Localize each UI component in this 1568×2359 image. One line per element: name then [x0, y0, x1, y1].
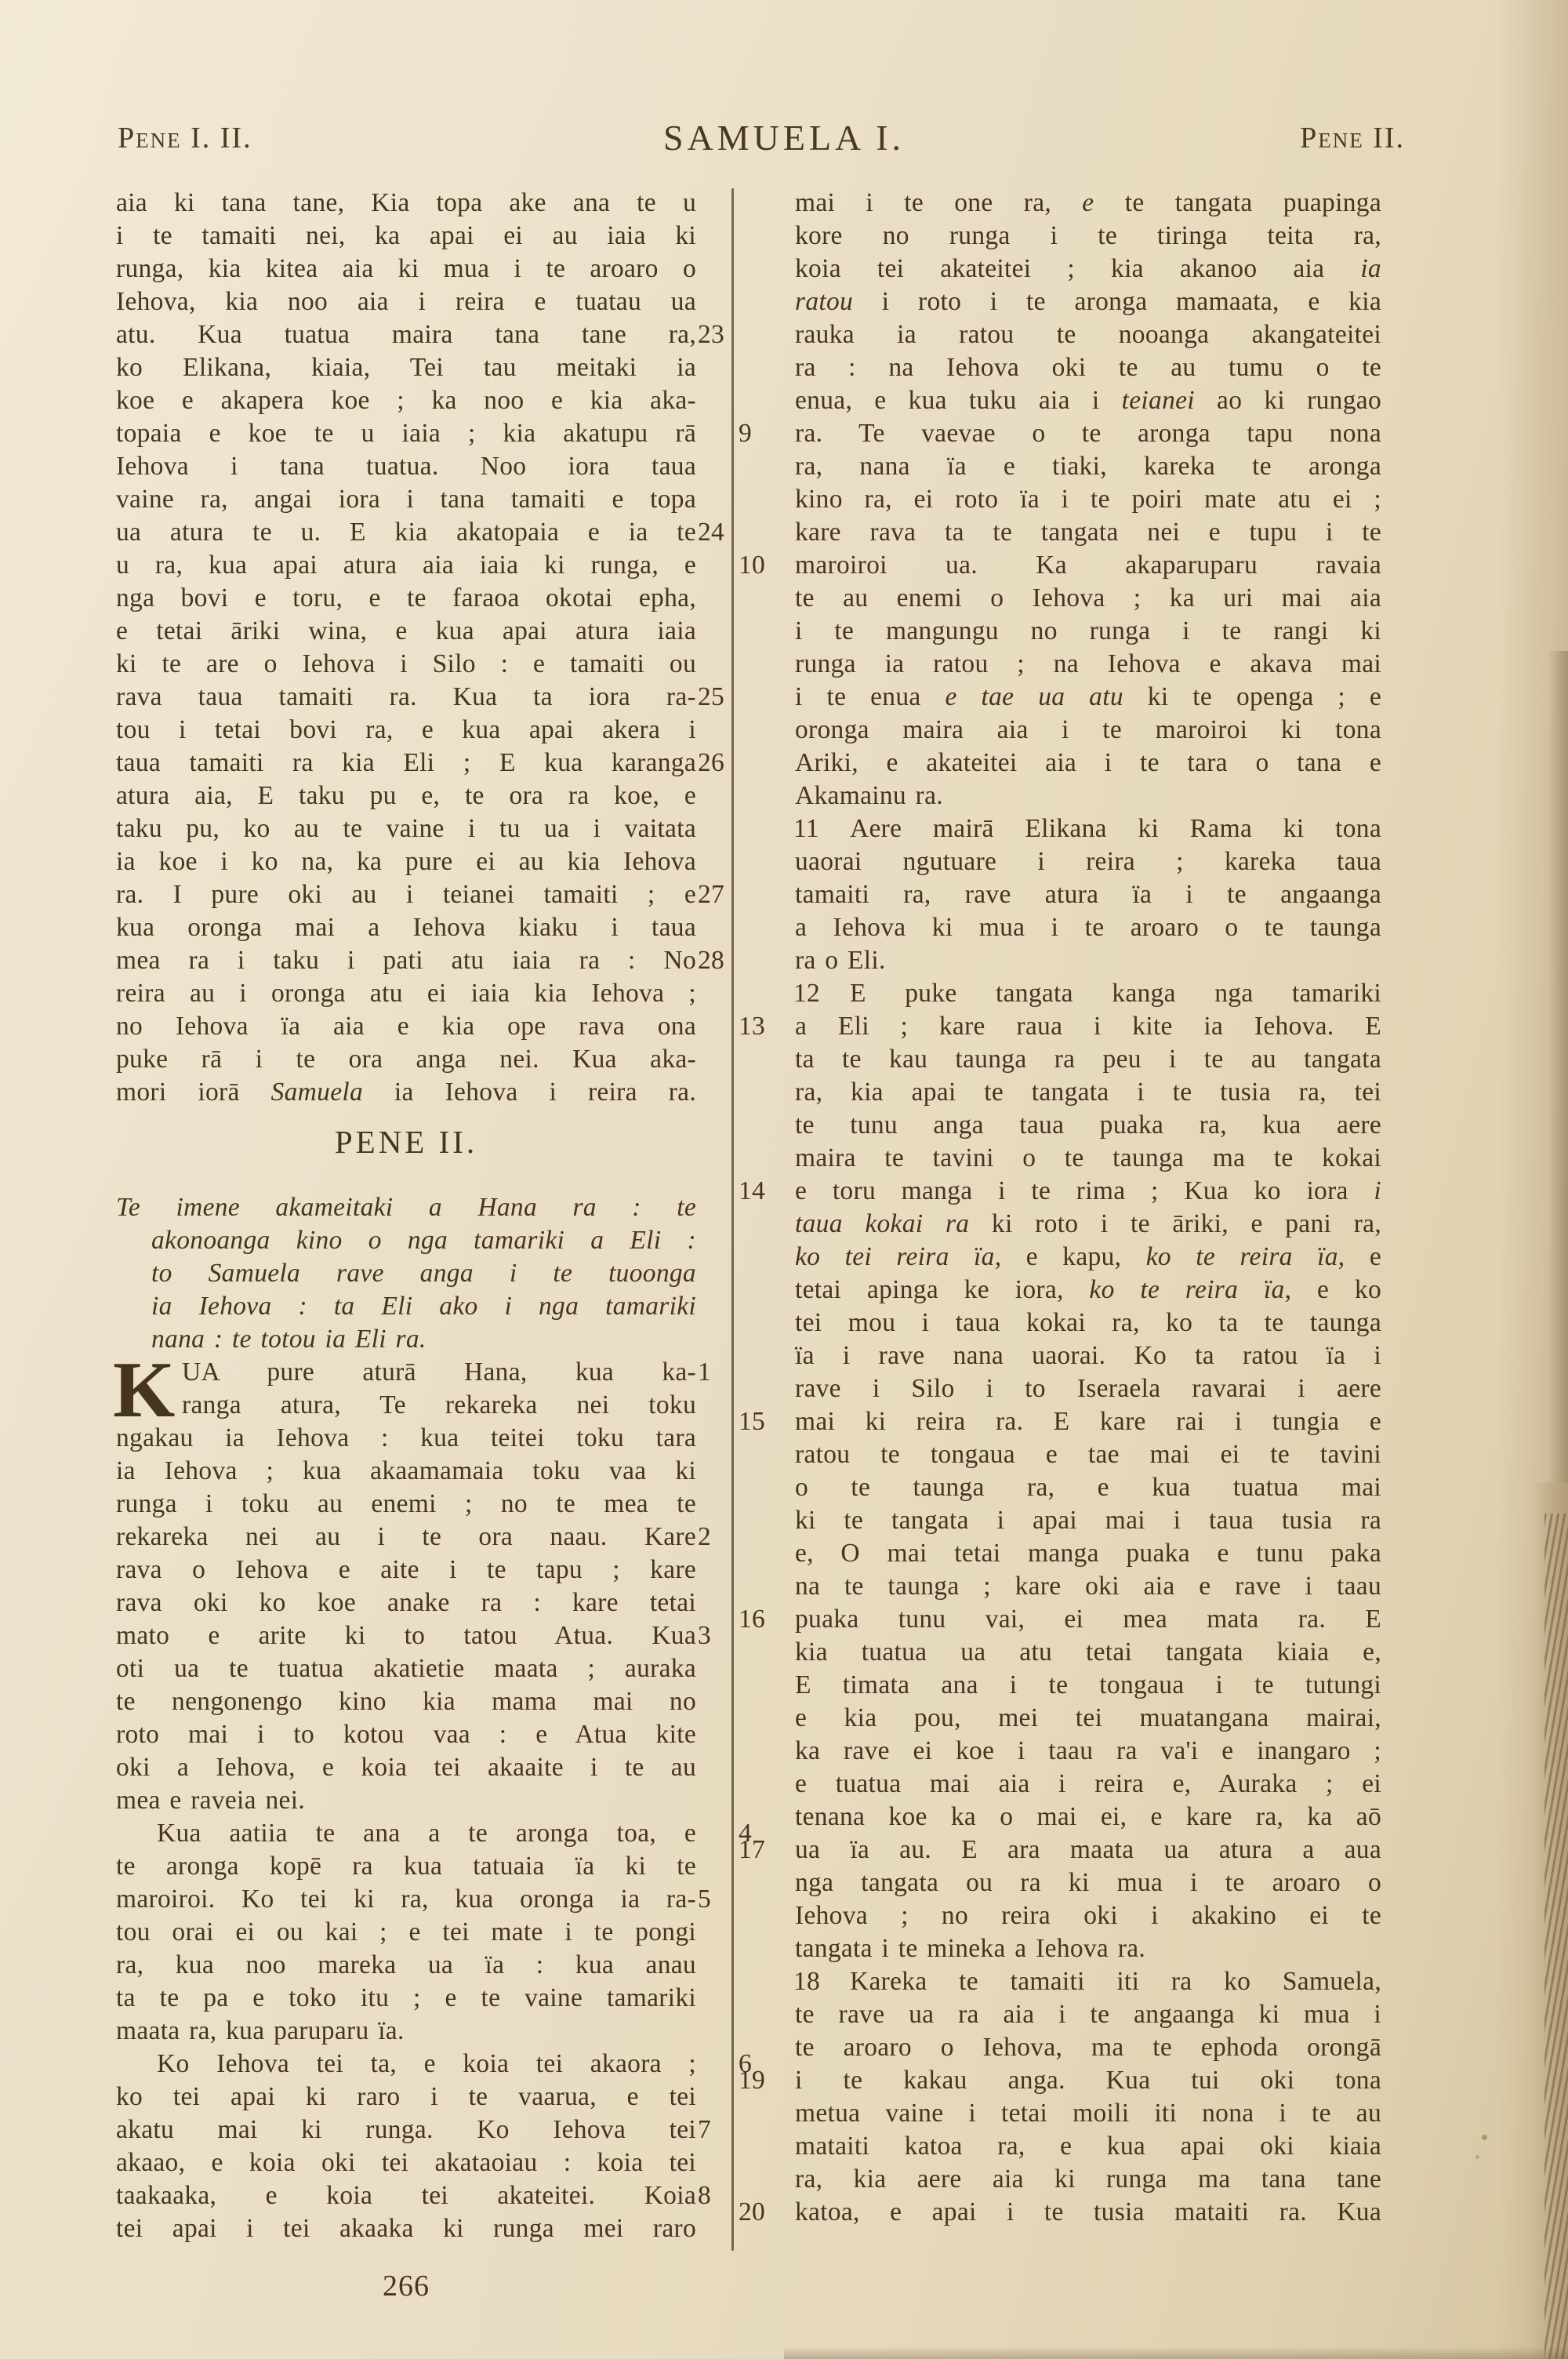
text-line: kino ra, ei roto ïa i te poiri mate atu … [795, 483, 1381, 516]
right-text-column: mai i te one ra, e te tangata puapingako… [795, 187, 1381, 2229]
text-line: te nengonengo kino kia mama mai no [116, 1685, 696, 1718]
text-line: enua, e kua tuku aia i teianei ao ki run… [795, 384, 1381, 417]
chapter-summary-line: nana : te totou ia Eli ra. [116, 1323, 696, 1356]
text-line: tenana koe ka o mai ei, e kare ra, ka aō [795, 1801, 1381, 1834]
text-line: 17ua ïa au. E ara maata ua atura a aua [795, 1834, 1381, 1866]
text-line: 5maroiroi. Ko tei ki ra, kua oronga ia r… [116, 1883, 696, 1916]
text-line: 16puaka tunu vai, ei mea mata ra. E [795, 1603, 1381, 1636]
chapter-heading: PENE II. [116, 1121, 696, 1162]
text-line: i te enua e tae ua atu ki te openga ; e [795, 681, 1381, 714]
text-line: ka rave ei koe i taau ra va'i e inangaro… [795, 1735, 1381, 1768]
verse-number: 18 [739, 1965, 787, 1998]
verse-number: 24 [698, 516, 742, 549]
text-line: roto mai i to kotou vaa : e Atua kite [116, 1718, 696, 1751]
text-line: 4Kua aatiia te ana a te aronga toa, e [116, 1817, 696, 1850]
text-line: koe e akapera koe ; ka noo e kia aka- [116, 384, 696, 417]
text-line: tou i tetai bovi ra, e kua apai akera i [116, 714, 696, 747]
text-line: tei mou i taua kokai ra, ko ta te taunga [795, 1307, 1381, 1339]
column-divider-rule [731, 188, 734, 2251]
text-line: E timata ana i te tongaua i te tutungi [795, 1669, 1381, 1702]
text-line: 10maroiroi ua. Ka akaparuparu ravaia [795, 549, 1381, 582]
text-line: 20katoa, e apai i te tusia mataiti ra. K… [795, 2196, 1381, 2229]
verse-number: 1 [698, 1356, 742, 1389]
chapter-summary-line: Te imene akameitaki a Hana ra : te [116, 1191, 696, 1224]
book-title-header: SAMUELA I. [541, 118, 1027, 158]
text-line: tetai apinga ke iora, ko te reira ïa, e … [795, 1274, 1381, 1307]
text-line: Akamainu ra. [795, 780, 1381, 812]
text-line: ia koe i ko na, ka pure ei au kia Iehova [116, 845, 696, 878]
verse-number: 13 [739, 1010, 787, 1043]
text-line: oki a Iehova, e koia tei akaaite i te au [116, 1751, 696, 1784]
text-line: 27ra. I pure oki au i teianei tamaiti ; … [116, 878, 696, 911]
text-line: Iehova, kia noo aia i reira e tuatau ua [116, 285, 696, 318]
text-line: ra o Eli. [795, 944, 1381, 977]
verse-number: 3 [698, 1619, 742, 1652]
text-line: Ariki, e akateitei aia i te tara o tana … [795, 747, 1381, 780]
text-line: runga, kia kitea aia ki mua i te aroaro … [116, 253, 696, 285]
chapter-summary-line: akonoanga kino o nga tamariki a Eli : [116, 1224, 696, 1257]
text-line: kua oronga mai a Iehova kiaku i taua [116, 911, 696, 944]
verse-number: 26 [698, 747, 742, 780]
running-header-left: Pene I. II. [118, 118, 252, 158]
text-line: atura aia, E taku pu e, te ora ra koe, e [116, 780, 696, 812]
verse-number: 19 [739, 2064, 787, 2097]
text-line: 8taakaaka, e koia tei akateitei. Koia [116, 2179, 696, 2212]
text-line: Iehova i tana tuatua. Noo iora taua [116, 450, 696, 483]
text-line: 28mea ra i taku i pati atu iaia ra : No [116, 944, 696, 977]
text-line: no Iehova ïa aia e kia ope rava ona [116, 1010, 696, 1043]
text-line: akaao, e koia oki tei akataoiau : koia t… [116, 2146, 696, 2179]
text-line: te rave ua ra aia i te angaanga ki mua i [795, 1998, 1381, 2031]
text-line: ta te kau taunga ra peu i te au tangata [795, 1043, 1381, 1076]
verse-number: 11 [739, 812, 787, 845]
text-line: tamaiti ra, rave atura ïa i te angaanga [795, 878, 1381, 911]
verse-number: 9 [739, 417, 787, 450]
verse-number: 2 [698, 1521, 742, 1554]
text-line: ki te are o Iehova i Silo : e tamaiti ou [116, 648, 696, 681]
chapter-summary-line: ia Iehova : ta Eli ako i nga tamariki [116, 1290, 696, 1323]
text-line: i te mangungu no runga i te rangi ki [795, 615, 1381, 648]
text-line: nga tangata ou ra ki mua i te aroaro o [795, 1866, 1381, 1899]
text-line: te aroaro o Iehova, ma te ephoda orongā [795, 2031, 1381, 2064]
text-line: 1UA pure aturā Hana, kua ka- [116, 1356, 696, 1389]
text-line: maata ra, kua paruparu ïa. [116, 2015, 696, 2048]
text-line: te au enemi o Iehova ; ka uri mai aia [795, 582, 1381, 615]
text-line: ta te pa e toko itu ; e te vaine tamarik… [116, 1982, 696, 2015]
running-header-right: Pene II. [1152, 118, 1405, 158]
text-line: puke rā i te ora anga nei. Kua aka- [116, 1043, 696, 1076]
text-line: o te taunga ra, e kua tuatua mai [795, 1471, 1381, 1504]
text-line: taku pu, ko au te vaine i tu ua i vaitat… [116, 812, 696, 845]
text-line: reira au i oronga atu ei iaia kia Iehova… [116, 977, 696, 1010]
verse-number: 12 [739, 977, 787, 1010]
verse-number: 23 [698, 318, 742, 351]
text-line: ra, kia apai te tangata i te tusia ra, t… [795, 1076, 1381, 1109]
bottom-edge-shadow [784, 2346, 1568, 2359]
text-line: ra, kia aere aia ki runga ma tana tane [795, 2163, 1381, 2196]
text-line: 6Ko Iehova tei ta, e koia tei akaora ; [116, 2048, 696, 2081]
text-line: maira te tavini o te taunga ma te kokai [795, 1142, 1381, 1175]
text-line: e tuatua mai aia i reira e, Auraka ; ei [795, 1768, 1381, 1801]
text-line: 7akatu mai ki runga. Ko Iehova tei [116, 2114, 696, 2146]
text-line: ranga atura, Te rekareka nei toku [116, 1389, 696, 1422]
text-line: ratou i roto i te aronga mamaata, e kia [795, 285, 1381, 318]
chapter-body: K1UA pure aturā Hana, kua ka-ranga atura… [116, 1356, 696, 2245]
text-line: kare rava ta te tangata nei e tupu i te [795, 516, 1381, 549]
text-line: u ra, kua apai atura aia iaia ki runga, … [116, 549, 696, 582]
text-line: 3mato e arite ki to tatou Atua. Kua [116, 1619, 696, 1652]
text-line: 14e toru manga i te rima ; Kua ko iora i [795, 1175, 1381, 1208]
text-line: ra, nana ïa e tiaki, kareka te aronga [795, 450, 1381, 483]
verse-number: 15 [739, 1405, 787, 1438]
text-line: mataiti katoa ra, e kua apai oki kiaia [795, 2130, 1381, 2163]
text-line: 26taua tamaiti ra kia Eli ; E kua karang… [116, 747, 696, 780]
verse-number: 6 [698, 2048, 742, 2081]
text-line: 12E puke tangata kanga nga tamariki [795, 977, 1381, 1010]
text-line: te tunu anga taua puaka ra, kua aere [795, 1109, 1381, 1142]
text-line: topaia e koe te u iaia ; kia akatupu rā [116, 417, 696, 450]
text-line: a Iehova ki mua i te aroaro o te taunga [795, 911, 1381, 944]
verse-number: 20 [739, 2196, 787, 2229]
text-line: runga i toku au enemi ; no te mea te [116, 1488, 696, 1521]
text-line: 2rekareka nei au i te ora naau. Kare [116, 1521, 696, 1554]
text-line: ko tei reira ïa, e kapu, ko te reira ïa,… [795, 1241, 1381, 1274]
text-line: 11Aere mairā Elikana ki Rama ki tona [795, 812, 1381, 845]
verse-number: 5 [698, 1883, 742, 1916]
text-line: ra, kua noo mareka ua ïa : kua anau [116, 1949, 696, 1982]
text-line: ki te tangata i apai mai i taua tusia ra [795, 1504, 1381, 1537]
verse-number: 16 [739, 1603, 787, 1636]
verse-number: 14 [739, 1175, 787, 1208]
text-line: ïa i rave nana uaorai. Ko ta ratou ïa i [795, 1339, 1381, 1372]
text-line: 13a Eli ; kare raua i kite ia Iehova. E [795, 1010, 1381, 1043]
text-line: ia Iehova ; kua akaamamaia toku vaa ki [116, 1455, 696, 1488]
verse-number: 25 [698, 681, 742, 714]
text-line: 24ua atura te u. E kia akatopaia e ia te [116, 516, 696, 549]
text-line: e kia pou, mei tei muatangana mairai, [795, 1702, 1381, 1735]
chapter-summary-line: to Samuela rave anga i te tuoonga [116, 1257, 696, 1290]
text-line: rava oki ko koe anake ra : kare tetai [116, 1587, 696, 1619]
text-line: ra : na Iehova oki te au tumu o te [795, 351, 1381, 384]
text-line: i te tamaiti nei, ka apai ei au iaia ki [116, 220, 696, 253]
text-line: koia tei akateitei ; kia akanoo aia ia [795, 253, 1381, 285]
text-line: metua vaine i tetai moili iti nona i te … [795, 2097, 1381, 2130]
text-line: Iehova ; no reira oki i akakino ei te [795, 1899, 1381, 1932]
text-line: ratou te tongaua e tae mai ei te tavini [795, 1438, 1381, 1471]
text-line: aia ki tana tane, Kia topa ake ana te u [116, 187, 696, 220]
text-line: rauka ia ratou te nooanga akangateitei [795, 318, 1381, 351]
text-line: taua kokai ra ki roto i te āriki, e pani… [795, 1208, 1381, 1241]
page-edge-shadow [1548, 651, 1568, 1521]
text-line: oti ua te tuatua akatietie maata ; aurak… [116, 1652, 696, 1685]
verse-number: 17 [739, 1834, 787, 1866]
text-line: na te taunga ; kare oki aia e rave i taa… [795, 1570, 1381, 1603]
text-line: tou orai ei ou kai ; e tei mate i te pon… [116, 1916, 696, 1949]
text-line: 15mai ki reira ra. E kare rai i tungia e [795, 1405, 1381, 1438]
text-line: tei apai i tei akaaka ki runga mei raro [116, 2212, 696, 2245]
verse-number: 27 [698, 878, 742, 911]
text-line: ko tei apai ki raro i te vaarua, e tei [116, 2081, 696, 2114]
text-line: kia tuatua ua atu tetai tangata kiaia e, [795, 1636, 1381, 1669]
text-line: mea e raveia nei. [116, 1784, 696, 1817]
text-line: 18Kareka te tamaiti iti ra ko Samuela, [795, 1965, 1381, 1998]
verse-number: 28 [698, 944, 742, 977]
left-text-column: aia ki tana tane, Kia topa ake ana te ui… [116, 187, 696, 2245]
text-line: nga bovi e toru, e te faraoa okotai epha… [116, 582, 696, 615]
verse-number: 4 [698, 1817, 742, 1850]
text-line: rave i Silo i to Iseraela ravarai i aere [795, 1372, 1381, 1405]
text-line: oronga maira aia i te maroiroi ki tona [795, 714, 1381, 747]
verse-number: 7 [698, 2114, 742, 2146]
text-line: kore no runga i te tiringa teita ra, [795, 220, 1381, 253]
text-line: mori iorā Samuela ia Iehova i reira ra. [116, 1076, 696, 1109]
text-line: vaine ra, angai iora i tana tamaiti e to… [116, 483, 696, 516]
page-number: 266 [116, 2269, 696, 2303]
text-line: 9ra. Te vaevae o te aronga tapu nona [795, 417, 1381, 450]
verse-number: 10 [739, 549, 787, 582]
verse-number: 8 [698, 2179, 742, 2212]
text-line: te aronga kopē ra kua tatuaia ïa ki te [116, 1850, 696, 1883]
text-line: e tetai āriki wina, e kua apai atura iai… [116, 615, 696, 648]
text-line: 19i te kakau anga. Kua tui oki tona [795, 2064, 1381, 2097]
text-line: uaorai ngutuare i reira ; kareka taua [795, 845, 1381, 878]
book-page-scan: Pene I. II. SAMUELA I. Pene II. aia ki t… [0, 0, 1568, 2359]
text-line: 23atu. Kua tuatua maira tana tane ra, [116, 318, 696, 351]
text-line: ngakau ia Iehova : kua teitei toku tara [116, 1422, 696, 1455]
text-line: mai i te one ra, e te tangata puapinga [795, 187, 1381, 220]
text-line: rava o Iehova e aite i te tapu ; kare [116, 1554, 696, 1587]
foxing-speck [1482, 2135, 1487, 2140]
text-line: 25rava taua tamaiti ra. Kua ta iora ra- [116, 681, 696, 714]
next-page-edge-text-texture [1544, 1514, 1568, 2359]
text-line: ko Elikana, kiaia, Tei tau meitaki ia [116, 351, 696, 384]
text-line: runga ia ratou ; na Iehova e akava mai [795, 648, 1381, 681]
text-line: tangata i te mineka a Iehova ra. [795, 1932, 1381, 1965]
foxing-speck [1475, 2155, 1479, 2159]
text-line: e, O mai tetai manga puaka e tunu paka [795, 1537, 1381, 1570]
